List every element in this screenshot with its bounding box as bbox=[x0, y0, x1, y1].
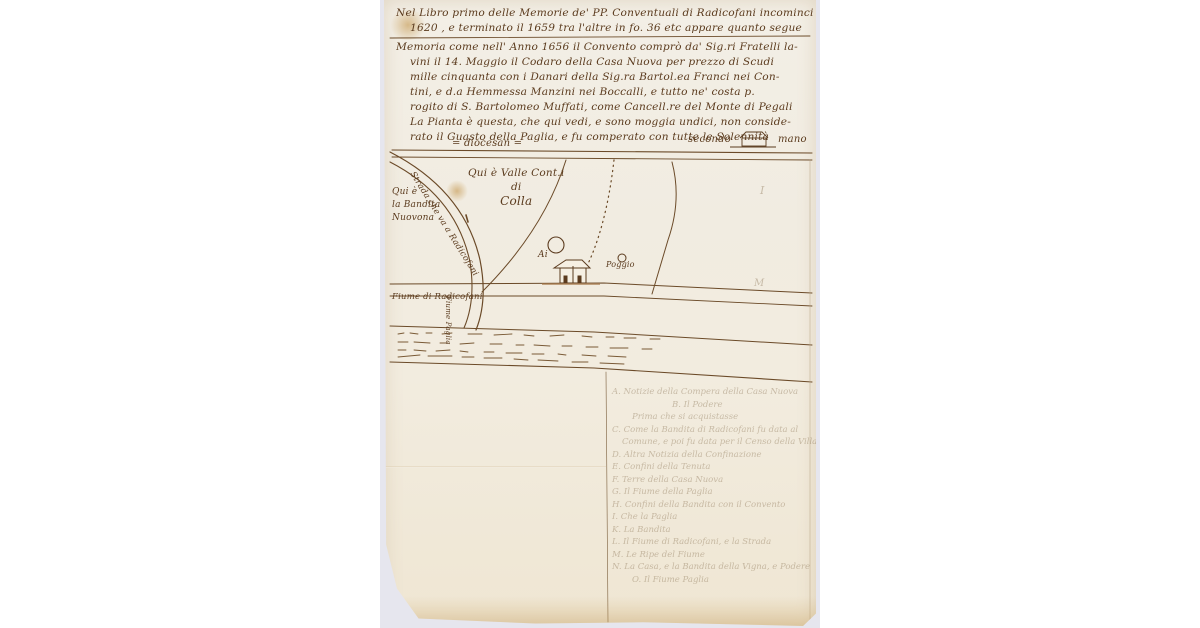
faint-notes: A. Notizie della Compera della Casa Nuov… bbox=[612, 386, 808, 586]
faint-note: E. Confini della Tenuta bbox=[612, 461, 808, 474]
label-vertical-small: Fiume Paglia bbox=[444, 296, 452, 345]
label-line: di bbox=[468, 180, 564, 194]
faint-note: H. Confini della Bandita con il Convento bbox=[612, 499, 808, 512]
label-line: Colla bbox=[468, 194, 564, 208]
faint-note: A. Notizie della Compera della Casa Nuov… bbox=[612, 386, 808, 399]
faint-note: L. Il Fiume di Radicofani, e la Strada bbox=[612, 536, 808, 549]
faint-note: G. Il Fiume della Paglia bbox=[612, 486, 808, 499]
faint-note: I. Che la Paglia bbox=[612, 511, 808, 524]
faint-note: B. Il Podere bbox=[612, 399, 808, 412]
faint-note: Prima che si acquistasse bbox=[612, 411, 808, 424]
faint-note: D. Altra Notizia della Confinazione bbox=[612, 449, 808, 462]
manuscript-sheet: Nel Libro primo delle Memorie de' PP. Co… bbox=[384, 0, 816, 626]
faint-note: M. Le Ripe del Fiume bbox=[612, 549, 808, 562]
label-upper-region: Qui è Valle Cont.i di Colla bbox=[468, 166, 564, 208]
label-line: Qui è Valle Cont.i bbox=[468, 166, 564, 180]
fold-line bbox=[384, 466, 606, 468]
faint-mark-right: I bbox=[760, 184, 764, 197]
faint-note: O. Il Fiume Paglia bbox=[612, 574, 808, 587]
faint-note: Comune, e poi fu data per il Censo della… bbox=[612, 436, 808, 449]
faint-note: F. Terre della Casa Nuova bbox=[612, 474, 808, 487]
faint-note: K. La Bandita bbox=[612, 524, 808, 537]
label-lower-left: Fiume di Radicofani bbox=[392, 292, 483, 302]
faint-note: N. La Casa, e la Bandita della Vigna, e … bbox=[612, 561, 808, 574]
faint-note: C. Come la Bandita di Radicofani fu data… bbox=[612, 424, 808, 437]
label-tree: Ai bbox=[538, 250, 548, 260]
label-tree-2: Poggio bbox=[606, 260, 635, 269]
faint-mark: M bbox=[754, 278, 764, 289]
